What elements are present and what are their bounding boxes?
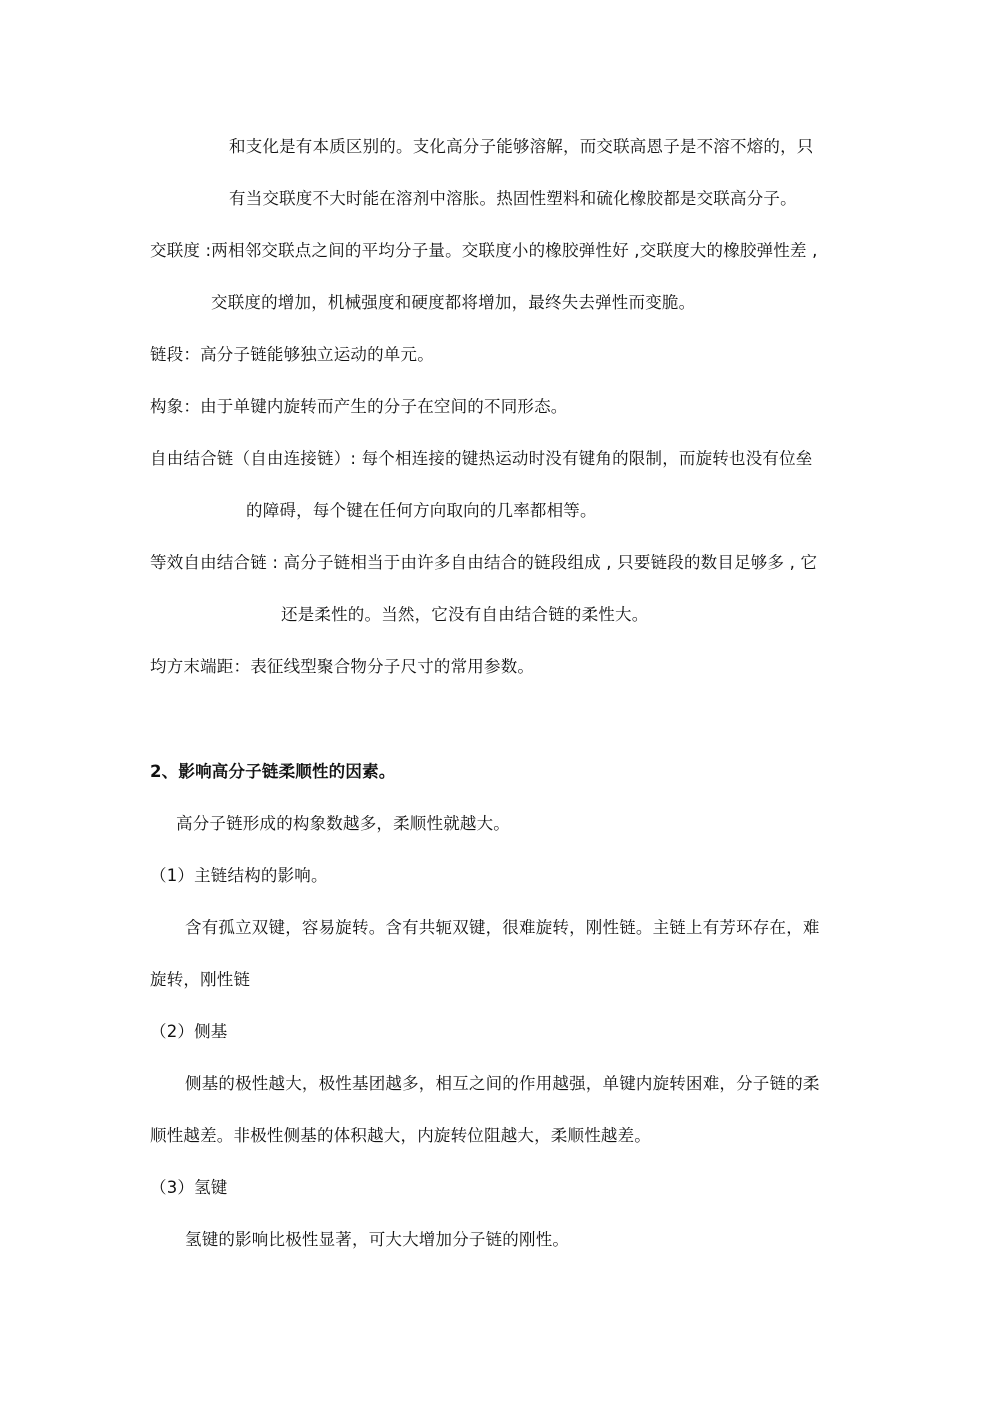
paragraph-line: 交联度的增加，机械强度和硬度都将增加，最终失去弹性而变脆。 <box>211 293 695 313</box>
paragraph-line: 的障碍，每个键在任何方向取向的几率都相等。 <box>246 501 597 521</box>
definition-crosslink-degree: 交联度 :两相邻交联点之间的平均分子量。交联度小的橡胶弹性好 ,交联度大的橡胶弹… <box>150 241 818 261</box>
definition-mean-square-end-distance: 均方末端距：表征线型聚合物分子尺寸的常用参数。 <box>150 657 534 677</box>
paragraph-line: 和支化是有本质区别的。支化高分子能够溶解，而交联高恩子是不溶不熔的，只 <box>229 137 814 157</box>
section-heading: 2、影响高分子链柔顺性的因素。 <box>150 762 395 782</box>
definition-conformation: 构象：由于单键内旋转而产生的分子在空间的不同形态。 <box>150 397 568 417</box>
paragraph-line: 有当交联度不大时能在溶剂中溶胀。热固性塑料和硫化橡胶都是交联高分子。 <box>229 189 797 209</box>
definition-equivalent-chain: 等效自由结合链 : 高分子链相当于由许多自由结合的链段组成 , 只要链段的数目足… <box>150 553 817 573</box>
paragraph-line: 氢键的影响比极性显著，可大大增加分子链的刚性。 <box>185 1230 569 1250</box>
paragraph-line: 旋转，刚性链 <box>150 970 250 990</box>
paragraph-line: 顺性越差。非极性侧基的体积越大，内旋转位阻越大，柔顺性越差。 <box>150 1126 651 1146</box>
subheading-main-chain: （1）主链结构的影响。 <box>150 866 328 886</box>
subheading-hydrogen-bond: （3）氢键 <box>150 1178 228 1198</box>
section-intro: 高分子链形成的构象数越多，柔顺性就越大。 <box>176 814 510 834</box>
definition-freely-jointed-chain: 自由结合链（自由连接链）: 每个相连接的键热运动时没有键角的限制，而旋转也没有位… <box>150 449 813 469</box>
paragraph-line: 含有孤立双键，容易旋转。含有共轭双键，很难旋转，刚性链。主链上有芳环存在，难 <box>185 918 820 938</box>
paragraph-line: 还是柔性的。当然，它没有自由结合链的柔性大。 <box>281 605 648 625</box>
paragraph-line: 侧基的极性越大，极性基团越多，相互之间的作用越强，单键内旋转困难，分子链的柔 <box>185 1074 820 1094</box>
subheading-side-group: （2）侧基 <box>150 1022 228 1042</box>
definition-chain-segment: 链段：高分子链能够独立运动的单元。 <box>150 345 434 365</box>
